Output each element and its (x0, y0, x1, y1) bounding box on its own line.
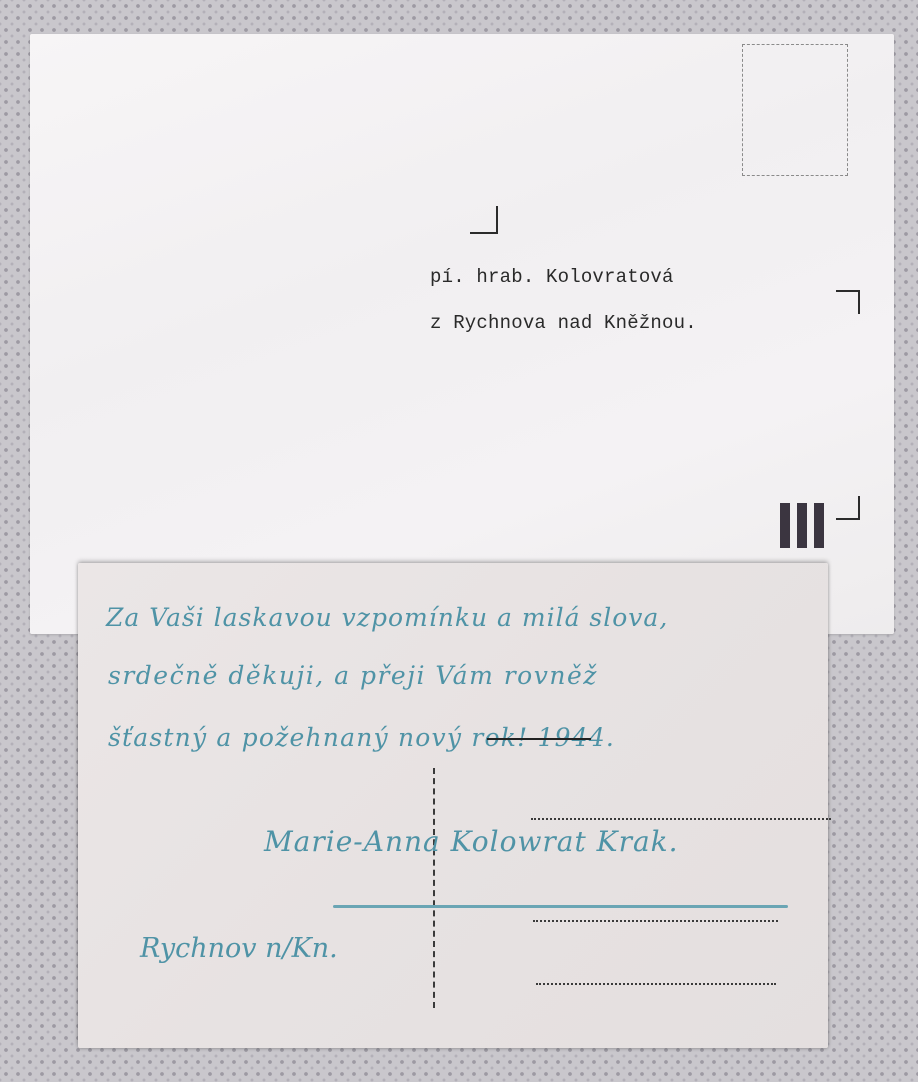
postcard-divider-line (433, 768, 435, 1008)
strikethrough-mark (487, 738, 591, 740)
corner-mark-right (836, 290, 860, 314)
address-dotted-line-2 (533, 920, 778, 922)
sender-place: Rychnov n/Kn. (140, 933, 338, 964)
signature: Marie-Anna Kolowrat Krak. (264, 825, 679, 858)
postal-bar-2 (797, 503, 807, 548)
postal-bar-3 (814, 503, 824, 548)
corner-mark-top-left (470, 206, 498, 234)
message-line-2: srdečně děkuji, a přeji Vám rovněž (108, 661, 598, 690)
corner-mark-bottom-right (836, 496, 860, 520)
message-line-1: Za Vaši laskavou vzpomínku a milá slova, (106, 603, 668, 632)
signature-underline (333, 905, 788, 908)
envelope: pí. hrab. Kolovratová z Rychnova nad Kně… (30, 34, 894, 634)
address-dotted-line-1 (531, 818, 831, 820)
address-line-2: z Rychnova nad Kněžnou. (430, 300, 697, 346)
address-line-1: pí. hrab. Kolovratová (430, 254, 697, 300)
recipient-address: pí. hrab. Kolovratová z Rychnova nad Kně… (430, 254, 697, 346)
postcard: Za Vaši laskavou vzpomínku a milá slova,… (78, 563, 828, 1048)
postal-bar-1 (780, 503, 790, 548)
address-dotted-line-3 (536, 983, 776, 985)
stamp-placeholder-box (742, 44, 848, 176)
